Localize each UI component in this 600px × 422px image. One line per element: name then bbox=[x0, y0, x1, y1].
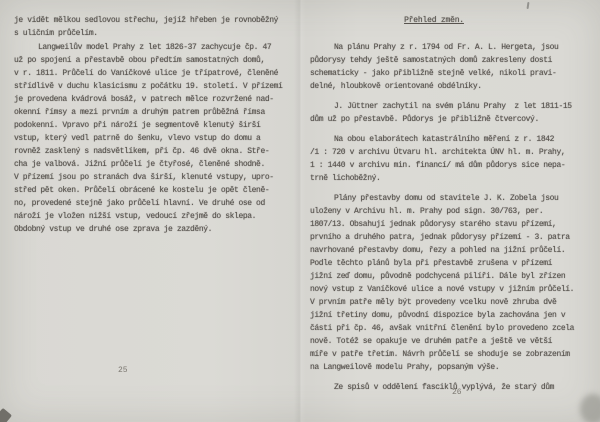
text-line: delné, hloubkově orientované obdélníky. bbox=[310, 80, 588, 93]
text-line: schematicky - jako přibližně stejně velk… bbox=[310, 67, 588, 80]
text-line: Plány přestavby domu od stavitele J. K. … bbox=[310, 192, 588, 205]
text-line: už po spojení a přestavbě obou předtím s… bbox=[14, 54, 290, 67]
text-line: Podle těchto plánů byla při přestavbě zr… bbox=[310, 257, 588, 270]
text-line: vstup, který vedl patrně do šenku, vlevo… bbox=[14, 132, 290, 145]
right-page: Přehled změn. Na plánu Prahy z r. 1794 o… bbox=[300, 0, 600, 422]
paragraph: Na obou elaborátech katastrálního měření… bbox=[310, 133, 588, 185]
text-line: střídlivě v duchu klasicismu z počátku 1… bbox=[14, 80, 290, 93]
text-line: nový vstup z Vaníčkové ulice a nové vstu… bbox=[310, 283, 588, 296]
text-line: na Langweilově modelu Prahy, popsaným vý… bbox=[310, 361, 588, 374]
left-page: je vidět mělkou sedlovou střechu, jejíž … bbox=[0, 0, 300, 422]
text-line: části při čp. 46, avšak vnitřní členění … bbox=[310, 322, 588, 335]
right-page-number: 26 bbox=[452, 388, 462, 397]
text-line: nároží je vložen nižší vstup, vedoucí zř… bbox=[14, 210, 290, 223]
text-line: V prvním patře měly být provedeny vcelku… bbox=[310, 296, 588, 309]
document-spread: je vidět mělkou sedlovou střechu, jejíž … bbox=[0, 0, 600, 422]
text-line: střed pět oken. Průčelí obrácené ke kost… bbox=[14, 184, 290, 197]
paragraph: Ze spisů v oddělení fasciklů vyplývá, že… bbox=[310, 381, 588, 394]
text-line: Na obou elaborátech katastrálního měření… bbox=[310, 133, 588, 146]
paragraph: Langweilův model Prahy z let 1826-37 zac… bbox=[14, 41, 290, 236]
text-line: V přízemí jsou po stranách dva širší, kl… bbox=[14, 171, 290, 184]
text-line: s uličním průčelím. bbox=[14, 27, 290, 40]
scan-smudge-bottom-right bbox=[580, 394, 600, 422]
text-line: no, provedené stejně jako průčelí hlavní… bbox=[14, 197, 290, 210]
text-line: prvního a druhého patra, jednak půdorysy… bbox=[310, 231, 588, 244]
right-page-text: Na plánu Prahy z r. 1794 od Fr. A. L. He… bbox=[310, 41, 588, 394]
text-line: rovněž zasklený s nadsvětlíkem, při čp. … bbox=[14, 145, 290, 158]
text-line: cha je valbová. Jižní průčelí je čtyřosé… bbox=[14, 158, 290, 171]
text-line: uloženy v Archivu hl. m. Prahy pod sign.… bbox=[310, 205, 588, 218]
text-line: podokenní. Vpravo při nároží je segmento… bbox=[14, 119, 290, 132]
text-line: Ze spisů v oddělení fasciklů vyplývá, že… bbox=[310, 381, 588, 394]
text-line: dům už po přestavbě. Půdorys je přibližn… bbox=[310, 113, 588, 126]
text-line: J. Jüttner zachytil na svém plánu Prahy … bbox=[310, 100, 588, 113]
section-heading: Přehled změn. bbox=[310, 14, 558, 27]
paragraph: Plány přestavby domu od stavitele J. K. … bbox=[310, 192, 588, 374]
text-line: Langweilův model Prahy z let 1826-37 zac… bbox=[14, 41, 290, 54]
paragraph: Na plánu Prahy z r. 1794 od Fr. A. L. He… bbox=[310, 41, 588, 93]
left-page-text: je vidět mělkou sedlovou střechu, jejíž … bbox=[14, 14, 290, 236]
text-line: půdorysy tehdy ještě samostatných domů z… bbox=[310, 54, 588, 67]
paragraph: J. Jüttner zachytil na svém plánu Prahy … bbox=[310, 100, 588, 126]
text-line: okenní římsy a mezi prvním a druhým patr… bbox=[14, 106, 290, 119]
text-line: nově. Totéž se opakuje ve druhém patře a… bbox=[310, 335, 588, 348]
text-line: míře v patře třetím. Návrh průčelí se sh… bbox=[310, 348, 588, 361]
text-line: jižní zeď domu, původně podchycená pilíř… bbox=[310, 270, 588, 283]
left-page-number: 25 bbox=[118, 366, 128, 375]
text-line: 1 : 1440 v archivu min. financí/ má dům … bbox=[310, 159, 588, 172]
text-line: Obdobný vstup ve druhé ose zprava je zaz… bbox=[14, 223, 290, 236]
text-line: v r. 1811. Průčelí do Vaníčkové ulice je… bbox=[14, 67, 290, 80]
text-line: navrhované přestavby domu, řezy a pohled… bbox=[310, 244, 588, 257]
paragraph: je vidět mělkou sedlovou střechu, jejíž … bbox=[14, 14, 290, 40]
text-line: je vidět mělkou sedlovou střechu, jejíž … bbox=[14, 14, 290, 27]
text-line: 1807/13. Obsahují jednak půdorysy staréh… bbox=[310, 218, 588, 231]
text-line: jižní třetiny domu, původní dispozice by… bbox=[310, 309, 588, 322]
text-line: /1 : 720 v archivu Útvaru hl. architekta… bbox=[310, 146, 588, 159]
text-line: trně lichoběžný. bbox=[310, 172, 588, 185]
text-line: je provedena kvádrová bosáž, v patrech m… bbox=[14, 93, 290, 106]
text-line: Na plánu Prahy z r. 1794 od Fr. A. L. He… bbox=[310, 41, 588, 54]
